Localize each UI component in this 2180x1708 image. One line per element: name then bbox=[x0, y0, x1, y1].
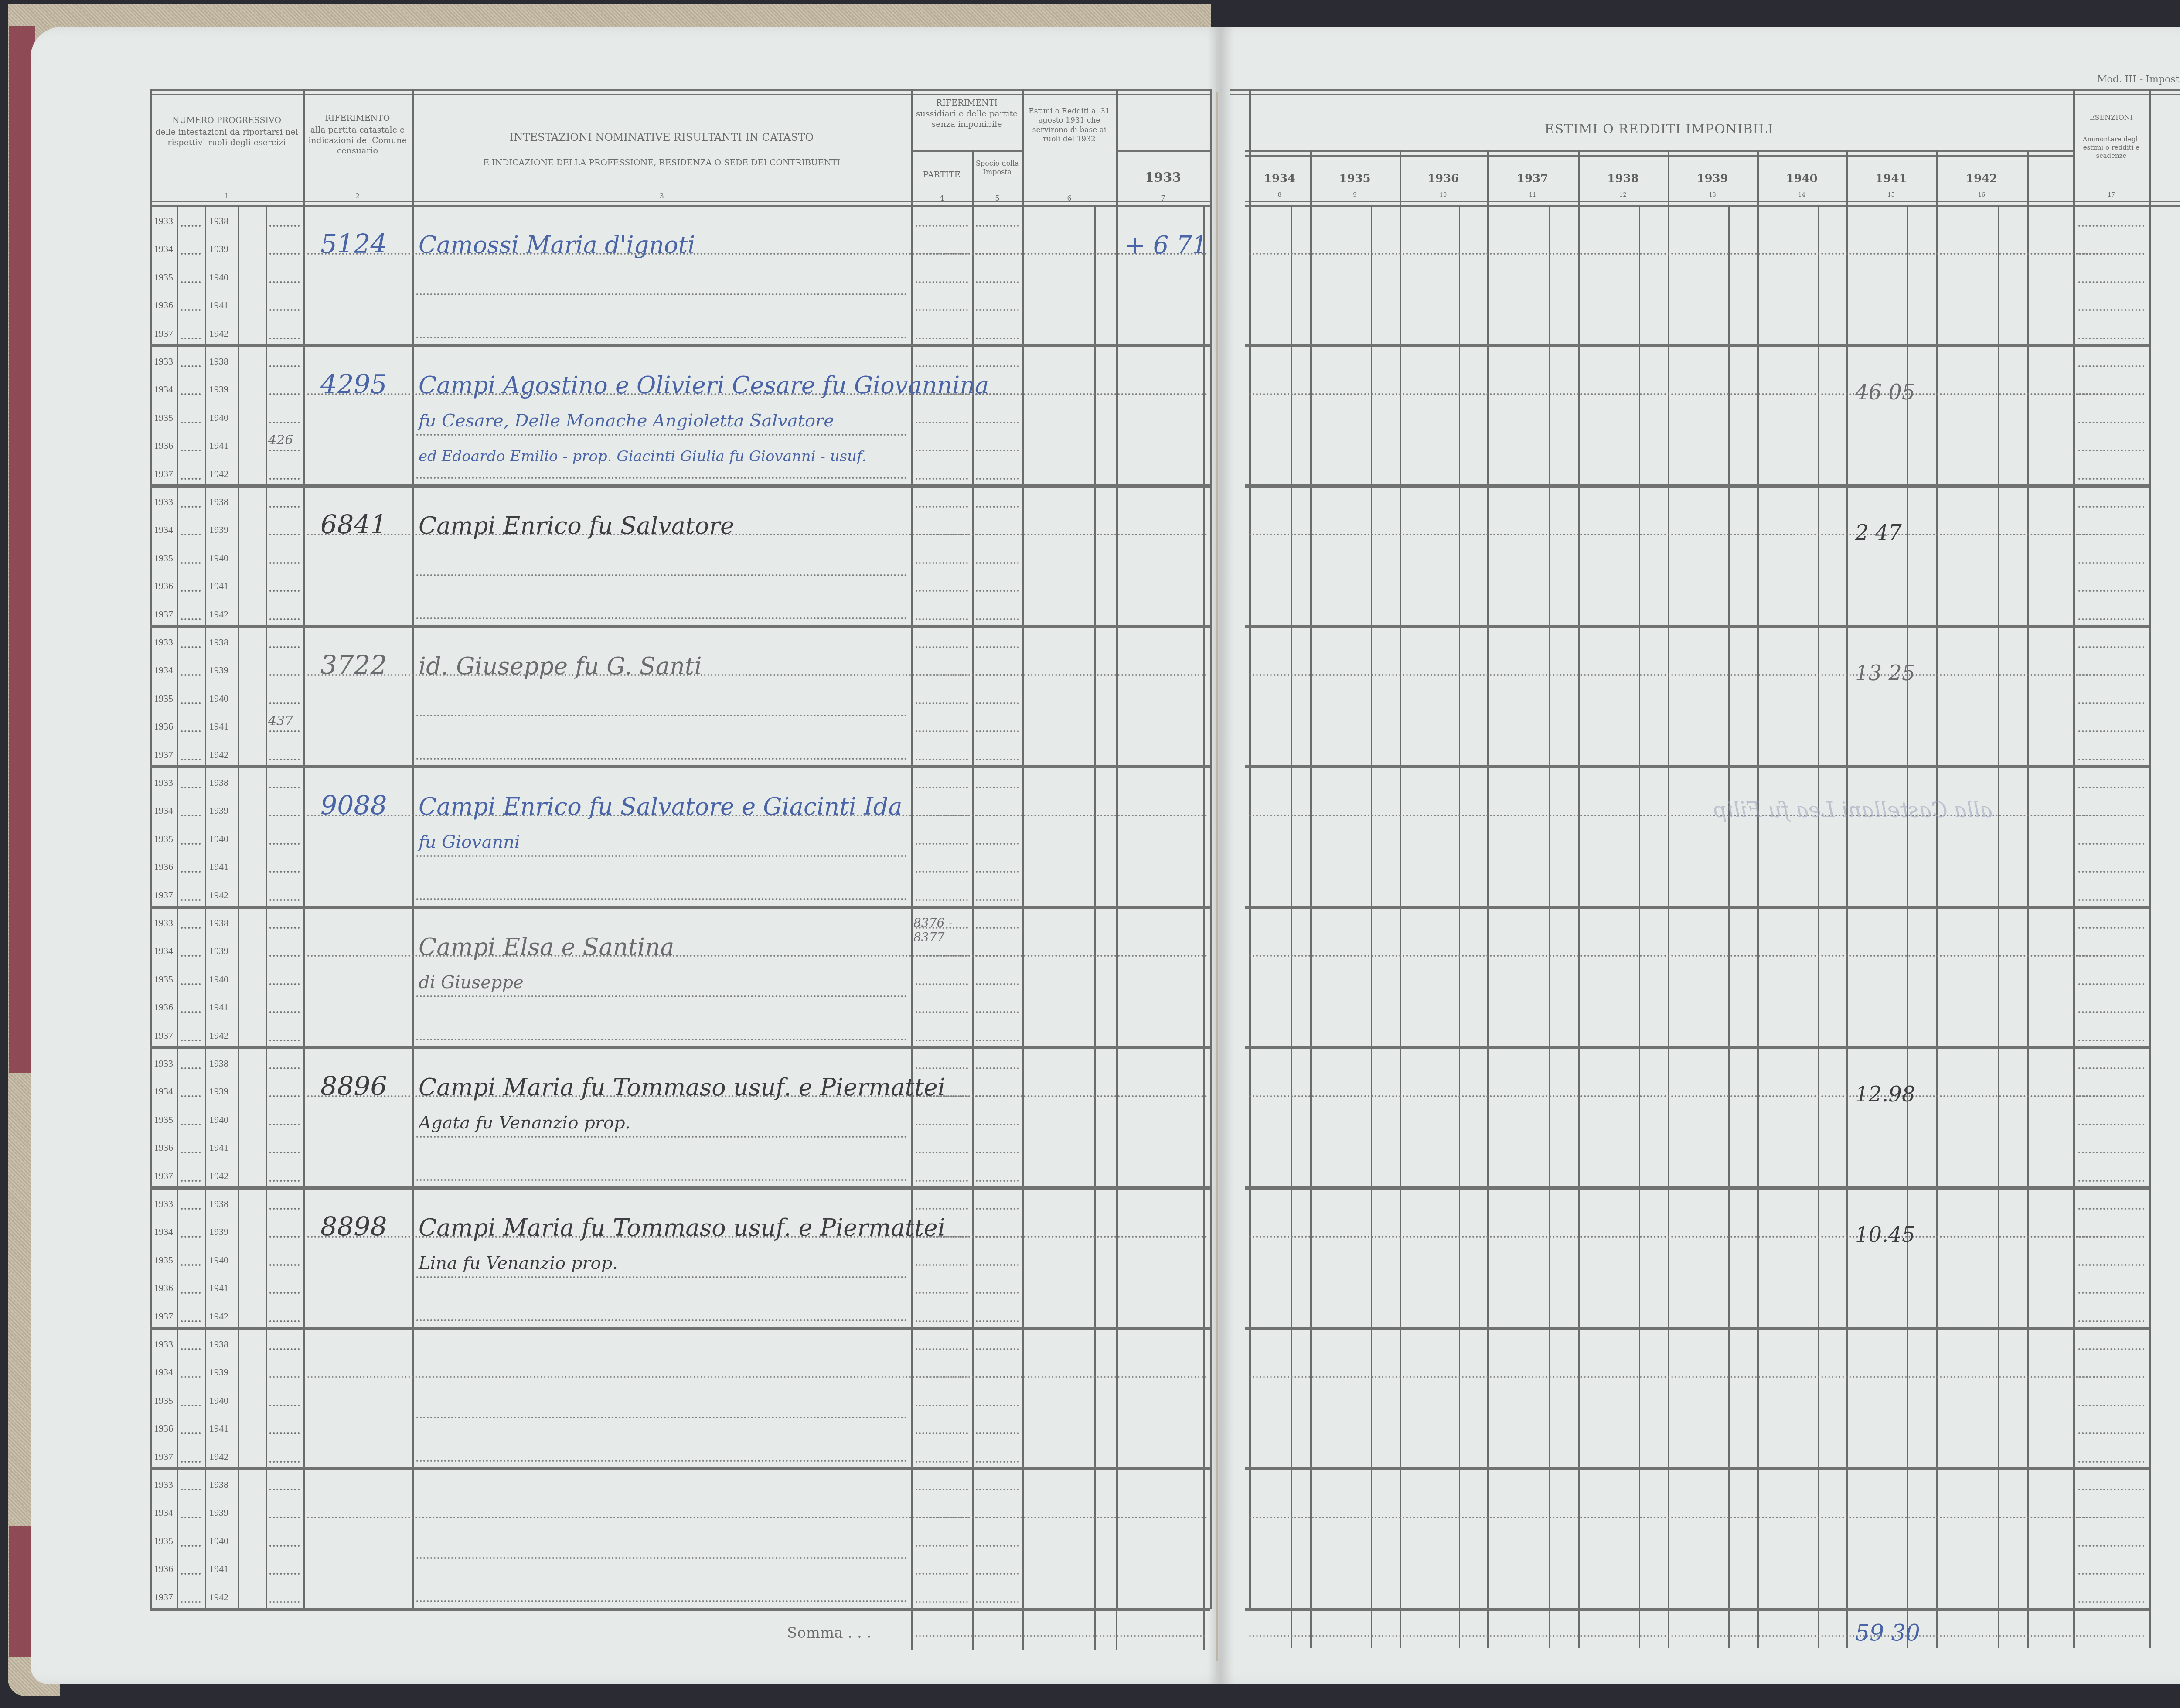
sum-dotted-right bbox=[1249, 1635, 2145, 1637]
col-num-14: 14 bbox=[1757, 192, 1846, 198]
year-label-left: 1935 bbox=[154, 272, 173, 283]
year-label-right: 1941 bbox=[209, 1142, 228, 1153]
esenzioni-dotted bbox=[2078, 478, 2144, 480]
year-divider bbox=[1310, 150, 1312, 1648]
partite-dotted bbox=[916, 899, 968, 901]
year-blank-right bbox=[269, 927, 300, 929]
specie-dotted bbox=[976, 450, 1019, 451]
year-blank-left bbox=[181, 450, 201, 451]
taxpayer-name-line2: Lina fu Venanzio prop. bbox=[419, 1253, 618, 1273]
specie-dotted bbox=[976, 478, 1019, 480]
specie-dotted bbox=[976, 1124, 1019, 1125]
year-label-right: 1938 bbox=[209, 1058, 228, 1069]
year-blank-left bbox=[181, 1208, 201, 1210]
year-blank-right bbox=[269, 1320, 300, 1322]
name-dotted-2 bbox=[416, 715, 907, 716]
esenzioni-dotted bbox=[2078, 281, 2144, 283]
year-label-left: 1936 bbox=[154, 1282, 173, 1294]
year-blank-left bbox=[181, 1545, 201, 1547]
cents-divider bbox=[1907, 205, 1908, 1648]
year-blank-right bbox=[269, 1461, 300, 1463]
value-1941: 46 05 bbox=[1855, 380, 1915, 405]
year-label-right: 1942 bbox=[209, 609, 228, 620]
specie-dotted bbox=[976, 702, 1019, 704]
year-divider bbox=[1757, 150, 1759, 1648]
year-blank-right bbox=[269, 225, 300, 227]
header-year-1942: 1942 bbox=[1936, 172, 2027, 185]
top-rule-left bbox=[150, 89, 1210, 95]
taxpayer-name-line2: Agata fu Venanzio prop. bbox=[419, 1113, 630, 1133]
partite-dotted bbox=[916, 1461, 968, 1463]
taxpayer-name-line2: di Giuseppe bbox=[419, 972, 524, 992]
year-label-left: 1933 bbox=[154, 215, 173, 227]
year-label-left: 1934 bbox=[154, 1367, 173, 1378]
header-riferimento-text: alla partita catastale e indicazioni del… bbox=[305, 125, 410, 156]
cents-divider bbox=[1459, 205, 1460, 1648]
specie-dotted bbox=[976, 1264, 1019, 1266]
entry-separator-right bbox=[1245, 1608, 2149, 1611]
partite-dotted bbox=[916, 843, 968, 845]
sum-col-divider bbox=[1203, 1609, 1205, 1650]
name-dotted-2 bbox=[416, 1557, 907, 1559]
values-dotted-1 bbox=[1249, 253, 2145, 255]
partita-number: 8898 bbox=[320, 1212, 387, 1242]
years-header-rule bbox=[1245, 150, 2073, 157]
year-blank-left bbox=[181, 1405, 201, 1406]
col-num-4: 4 bbox=[911, 194, 972, 202]
specie-dotted bbox=[976, 1405, 1019, 1406]
header-year-1933: 1933 bbox=[1116, 170, 1210, 185]
year-label-right: 1940 bbox=[209, 833, 228, 845]
cents-divider bbox=[1549, 205, 1550, 1648]
year-blank-left bbox=[181, 393, 201, 395]
entry-separator-left bbox=[150, 1327, 1210, 1330]
esenzioni-dotted bbox=[2078, 1040, 2144, 1041]
year-blank-right bbox=[269, 590, 300, 592]
year-blank-left bbox=[181, 1124, 201, 1125]
year-label-right: 1938 bbox=[209, 1479, 228, 1490]
partite-dotted bbox=[916, 702, 968, 704]
year-label-left: 1937 bbox=[154, 890, 173, 901]
esenzioni-dotted bbox=[2078, 899, 2144, 901]
year-label-right: 1942 bbox=[209, 1592, 228, 1603]
partite-dotted bbox=[916, 478, 968, 480]
name-dotted-3 bbox=[416, 337, 907, 338]
total-1941: 59 30 bbox=[1855, 1620, 1920, 1646]
esenzioni-dotted bbox=[2078, 1601, 2144, 1603]
value-1941: 10.45 bbox=[1855, 1223, 1915, 1247]
year-label-left: 1936 bbox=[154, 300, 173, 311]
year-blank-left bbox=[181, 927, 201, 929]
esenzioni-dotted bbox=[2078, 1573, 2144, 1575]
year-blank-left bbox=[181, 815, 201, 816]
partita-number: 9088 bbox=[320, 791, 387, 821]
col-divider-left bbox=[911, 89, 913, 1609]
specie-dotted bbox=[976, 338, 1019, 339]
year-blank-left bbox=[181, 1236, 201, 1238]
partite-dotted bbox=[916, 590, 968, 592]
year-blank-left bbox=[181, 281, 201, 283]
esenzioni-dotted bbox=[2078, 365, 2144, 367]
col-num-9: 9 bbox=[1310, 192, 1400, 198]
year-divider bbox=[1249, 89, 1251, 1609]
year-blank-left bbox=[181, 365, 201, 367]
specie-dotted bbox=[976, 365, 1019, 367]
name-dotted-2 bbox=[416, 1417, 907, 1418]
entry-separator-right bbox=[1245, 1046, 2149, 1049]
year-blank-left bbox=[181, 225, 201, 227]
specie-dotted bbox=[976, 1292, 1019, 1294]
partite-dotted bbox=[916, 1348, 968, 1350]
year-blank-right bbox=[269, 1517, 300, 1518]
year-blank-right bbox=[269, 1124, 300, 1125]
year-blank-left bbox=[181, 899, 201, 901]
year-label-right: 1940 bbox=[209, 1395, 228, 1406]
esenzioni-dotted bbox=[2078, 730, 2144, 732]
name-dotted-2 bbox=[416, 574, 907, 576]
year-blank-right bbox=[269, 646, 300, 648]
name-dotted-2 bbox=[416, 1136, 907, 1138]
year-blank-right bbox=[269, 899, 300, 901]
year-label-left: 1934 bbox=[154, 524, 173, 535]
year-blank-left bbox=[181, 253, 201, 255]
year-blank-left bbox=[181, 506, 201, 508]
value-1941: 12.98 bbox=[1855, 1082, 1915, 1107]
partite-dotted bbox=[916, 1208, 968, 1210]
partite-dotted bbox=[916, 1152, 968, 1153]
name-dotted-3 bbox=[416, 1460, 907, 1462]
entry-separator-left bbox=[150, 1186, 1210, 1190]
specie-dotted bbox=[976, 730, 1019, 732]
specie-dotted bbox=[976, 899, 1019, 901]
year-label-right: 1938 bbox=[209, 356, 228, 367]
header-numero-title: NUMERO PROGRESSIVO bbox=[150, 116, 303, 126]
year-label-right: 1942 bbox=[209, 328, 228, 339]
partite-dotted bbox=[916, 1040, 968, 1041]
year-label-left: 1935 bbox=[154, 1535, 173, 1547]
year-label-left: 1936 bbox=[154, 440, 173, 451]
year-label-left: 1933 bbox=[154, 1198, 173, 1210]
year-label-left: 1935 bbox=[154, 1255, 173, 1266]
entry-separator-left bbox=[150, 344, 1210, 347]
col-num-12: 12 bbox=[1578, 192, 1668, 198]
header-riferimento-title: RIFERIMENTO bbox=[303, 113, 412, 124]
entry-separator-left bbox=[150, 1467, 1210, 1470]
partite-dotted bbox=[916, 1292, 968, 1294]
year-blank-left bbox=[181, 787, 201, 788]
year-blank-left bbox=[181, 1152, 201, 1153]
year-blank-left bbox=[181, 1292, 201, 1294]
year-blank-left bbox=[181, 422, 201, 423]
year-label-right: 1942 bbox=[209, 1311, 228, 1322]
year-label-right: 1939 bbox=[209, 805, 228, 816]
header-intestazioni-subtitle: E INDICAZIONE DELLA PROFESSIONE, RESIDEN… bbox=[412, 158, 911, 168]
entry-separator-left bbox=[150, 484, 1210, 488]
esenzioni-dotted bbox=[2078, 562, 2144, 564]
value-1941: 2 47 bbox=[1855, 521, 1902, 545]
year-label-right: 1938 bbox=[209, 1198, 228, 1210]
partite-dotted bbox=[916, 1601, 968, 1603]
esenzioni-dotted bbox=[2078, 1067, 2144, 1069]
year-blank-left bbox=[181, 955, 201, 957]
header-year-1941: 1941 bbox=[1846, 172, 1936, 185]
year-blank-right bbox=[269, 1011, 300, 1013]
year-blank-right bbox=[269, 1180, 300, 1182]
year-label-left: 1934 bbox=[154, 1226, 173, 1238]
year-label-right: 1942 bbox=[209, 749, 228, 760]
year-blank-right bbox=[269, 562, 300, 564]
year-blank-left bbox=[181, 309, 201, 311]
year-blank-left bbox=[181, 1601, 201, 1603]
year-blank-right bbox=[269, 1545, 300, 1547]
col-num-16: 16 bbox=[1936, 192, 2027, 198]
year-divider bbox=[1487, 150, 1489, 1648]
partite-dotted bbox=[916, 871, 968, 873]
header-year-1936: 1936 bbox=[1400, 172, 1487, 185]
esenzioni-dotted bbox=[2078, 983, 2144, 985]
year-blank-right bbox=[269, 1067, 300, 1069]
year-blank-right bbox=[269, 450, 300, 451]
year-label-left: 1935 bbox=[154, 1395, 173, 1406]
name-dotted-2 bbox=[416, 995, 907, 997]
year-label-left: 1934 bbox=[154, 805, 173, 816]
partite-dotted bbox=[916, 1573, 968, 1575]
values-dotted-1 bbox=[1249, 815, 2145, 816]
header-numero-text: delle intestazioni da riportarsi nei ris… bbox=[155, 127, 299, 148]
partita-number: 4295 bbox=[320, 369, 387, 400]
year-label-left: 1933 bbox=[154, 496, 173, 508]
year-divider bbox=[2027, 150, 2029, 1648]
values-dotted-1 bbox=[1249, 1376, 2145, 1378]
cents-divider bbox=[1291, 205, 1292, 1648]
sum-col-divider bbox=[1116, 1609, 1117, 1650]
year-label-left: 1934 bbox=[154, 945, 173, 957]
year-label-right: 1942 bbox=[209, 1451, 228, 1463]
esenzioni-dotted bbox=[2078, 338, 2144, 339]
year-blank-right bbox=[269, 1348, 300, 1350]
partite-dotted bbox=[916, 1432, 968, 1434]
year-label-left: 1935 bbox=[154, 974, 173, 985]
year-blank-left bbox=[181, 674, 201, 676]
year-label-left: 1937 bbox=[154, 1592, 173, 1603]
year-blank-left bbox=[181, 1264, 201, 1266]
name-dotted-3 bbox=[416, 1179, 907, 1181]
specie-dotted bbox=[976, 1601, 1019, 1603]
year-blank-right bbox=[269, 309, 300, 311]
year-label-right: 1941 bbox=[209, 580, 228, 592]
year-blank-left bbox=[181, 1180, 201, 1182]
partite-dotted bbox=[916, 730, 968, 732]
year-blank-right bbox=[269, 955, 300, 957]
specie-dotted bbox=[976, 1348, 1019, 1350]
header-estimi-1931: Estimi o Redditi al 31 agosto 1931 che s… bbox=[1025, 107, 1114, 144]
partita-number: 3722 bbox=[320, 650, 387, 681]
year-blank-right bbox=[269, 422, 300, 423]
taxpayer-name-line1: Campi Maria fu Tommaso usuf. e Piermatte… bbox=[419, 1074, 945, 1101]
partite-dotted bbox=[916, 225, 968, 227]
year-label-right: 1938 bbox=[209, 215, 228, 227]
year-blank-right bbox=[269, 1601, 300, 1603]
year-blank-left bbox=[181, 1067, 201, 1069]
partite-dotted bbox=[916, 338, 968, 339]
year-blank-right bbox=[269, 871, 300, 873]
side-reference-number: 437 bbox=[268, 713, 293, 729]
year-label-left: 1933 bbox=[154, 1339, 173, 1350]
year-label-right: 1941 bbox=[209, 440, 228, 451]
year-blank-left bbox=[181, 646, 201, 648]
specie-dotted bbox=[976, 1067, 1019, 1069]
partite-dotted bbox=[916, 1011, 968, 1013]
year-blank-right bbox=[269, 787, 300, 788]
partite-dotted bbox=[916, 1545, 968, 1547]
year-blank-right bbox=[269, 759, 300, 760]
name-dotted-3 bbox=[416, 1319, 907, 1321]
year-label-right: 1941 bbox=[209, 1423, 228, 1434]
year-label-right: 1941 bbox=[209, 861, 228, 873]
partite-dotted bbox=[916, 506, 968, 508]
year-label-right: 1939 bbox=[209, 1507, 228, 1518]
year-label-left: 1935 bbox=[154, 1114, 173, 1125]
partite-dotted bbox=[916, 1489, 968, 1490]
partite-dotted bbox=[916, 1405, 968, 1406]
esenzioni-divider bbox=[2073, 89, 2075, 1648]
year-blank-left bbox=[181, 759, 201, 760]
header-intestazioni-title: INTESTAZIONI NOMINATIVE RISULTANTI IN CA… bbox=[412, 131, 911, 144]
year-blank-right bbox=[269, 1152, 300, 1153]
taxpayer-name-line2: fu Giovanni bbox=[419, 832, 520, 852]
specie-dotted bbox=[976, 759, 1019, 760]
col-num-6: 6 bbox=[1022, 194, 1116, 202]
year-label-left: 1933 bbox=[154, 1479, 173, 1490]
year-blank-right bbox=[269, 1040, 300, 1041]
col-num-18: 18 bbox=[2149, 192, 2180, 198]
name-dotted-2 bbox=[416, 293, 907, 295]
right-page bbox=[1216, 27, 2180, 1684]
taxpayer-name-line1: Campi Enrico fu Salvatore bbox=[419, 512, 734, 539]
header-riferimenti-title: RIFERIMENTI bbox=[911, 98, 1022, 109]
year-label-left: 1937 bbox=[154, 468, 173, 480]
header-riferimenti-text: sussidiari e delle partite senza imponib… bbox=[913, 109, 1020, 130]
specie-dotted bbox=[976, 590, 1019, 592]
year-label-right: 1938 bbox=[209, 496, 228, 508]
esenzioni-dotted bbox=[2078, 422, 2144, 423]
partite-dotted bbox=[916, 365, 968, 367]
year-blank-left bbox=[181, 562, 201, 564]
specie-dotted bbox=[976, 1545, 1019, 1547]
specie-dotted bbox=[976, 927, 1019, 929]
partita-number: 5124 bbox=[320, 229, 387, 259]
year-label-right: 1940 bbox=[209, 1255, 228, 1266]
annotazioni-divider bbox=[2149, 89, 2151, 1648]
taxpayer-name-line1: Campi Enrico fu Salvatore e Giacinti Ida bbox=[419, 793, 902, 820]
year-label-right: 1938 bbox=[209, 777, 228, 788]
col-num-17: 17 bbox=[2073, 192, 2149, 198]
partita-number: 6841 bbox=[320, 510, 387, 540]
esenzioni-dotted bbox=[2078, 1264, 2144, 1266]
header-bottom-rule-right bbox=[1245, 201, 2180, 207]
sum-col-divider bbox=[1094, 1609, 1096, 1650]
year-blank-right bbox=[269, 1095, 300, 1097]
specie-dotted bbox=[976, 646, 1019, 648]
taxpayer-name-line1: Campi Agostino e Olivieri Cesare fu Giov… bbox=[419, 372, 989, 399]
header-year-1934: 1934 bbox=[1249, 172, 1310, 185]
col-num-11: 11 bbox=[1487, 192, 1578, 198]
year-label-left: 1937 bbox=[154, 749, 173, 760]
year-blank-right bbox=[269, 1573, 300, 1575]
esenzioni-dotted bbox=[2078, 927, 2144, 929]
specie-dotted bbox=[976, 1011, 1019, 1013]
year-label-left: 1935 bbox=[154, 412, 173, 423]
bleed-through-text: alla Castellani Lea fu Filip bbox=[1713, 798, 1993, 822]
name-dotted-2 bbox=[416, 1276, 907, 1278]
esenzioni-dotted bbox=[2078, 1152, 2144, 1153]
esenzioni-dotted bbox=[2078, 1545, 2144, 1547]
header-esenzioni-title: ESENZIONI bbox=[2073, 113, 2149, 122]
side-reference-number: 426 bbox=[268, 433, 293, 448]
year-blank-right bbox=[269, 1489, 300, 1490]
col-num-2: 2 bbox=[303, 192, 412, 200]
values-dotted-1 bbox=[1249, 674, 2145, 676]
col-divider-left bbox=[412, 89, 414, 1609]
cents-divider bbox=[1371, 205, 1372, 1648]
year-label-right: 1939 bbox=[209, 1367, 228, 1378]
entry-separator-left bbox=[150, 1608, 1210, 1611]
specie-dotted bbox=[976, 787, 1019, 788]
year-label-left: 1936 bbox=[154, 1142, 173, 1153]
year-label-right: 1941 bbox=[209, 1282, 228, 1294]
year-label-left: 1933 bbox=[154, 356, 173, 367]
col7-sub-rule bbox=[1116, 150, 1210, 152]
specie-dotted bbox=[976, 281, 1019, 283]
year-label-left: 1936 bbox=[154, 1002, 173, 1013]
year-blank-right bbox=[269, 843, 300, 845]
year-blank-left bbox=[181, 1011, 201, 1013]
specie-dotted bbox=[976, 506, 1019, 508]
year-label-right: 1942 bbox=[209, 890, 228, 901]
partite-dotted bbox=[916, 450, 968, 451]
year-divider bbox=[1668, 150, 1669, 1648]
values-dotted-1 bbox=[1249, 955, 2145, 957]
col-num-13: 13 bbox=[1668, 192, 1757, 198]
esenzioni-dotted bbox=[2078, 843, 2144, 845]
partite-dotted bbox=[916, 1320, 968, 1322]
name-dotted-2 bbox=[416, 434, 907, 436]
year-blank-right bbox=[269, 478, 300, 480]
specie-dotted bbox=[976, 1461, 1019, 1463]
specie-dotted bbox=[976, 871, 1019, 873]
cents-divider bbox=[1728, 205, 1730, 1648]
esenzioni-dotted bbox=[2078, 702, 2144, 704]
partite-dotted bbox=[916, 787, 968, 788]
col-num-5: 5 bbox=[972, 194, 1022, 202]
year-blank-right bbox=[269, 1208, 300, 1210]
specie-dotted bbox=[976, 1573, 1019, 1575]
year-blank-left bbox=[181, 1461, 201, 1463]
specie-dotted bbox=[976, 1180, 1019, 1182]
col-num-15: 15 bbox=[1846, 192, 1936, 198]
name-dotted-1 bbox=[307, 1517, 1208, 1518]
taxpayer-name-line1: Camossi Maria d'ignoti bbox=[419, 231, 695, 259]
year-label-right: 1938 bbox=[209, 917, 228, 929]
year-blank-left bbox=[181, 1376, 201, 1378]
entry-separator-right bbox=[1245, 765, 2149, 768]
entry-separator-left bbox=[150, 765, 1210, 768]
year-blank-right bbox=[269, 983, 300, 985]
values-dotted-1 bbox=[1249, 1517, 2145, 1518]
specie-dotted bbox=[976, 1152, 1019, 1153]
year-blank-left bbox=[181, 1320, 201, 1322]
year-blank-left bbox=[181, 338, 201, 339]
